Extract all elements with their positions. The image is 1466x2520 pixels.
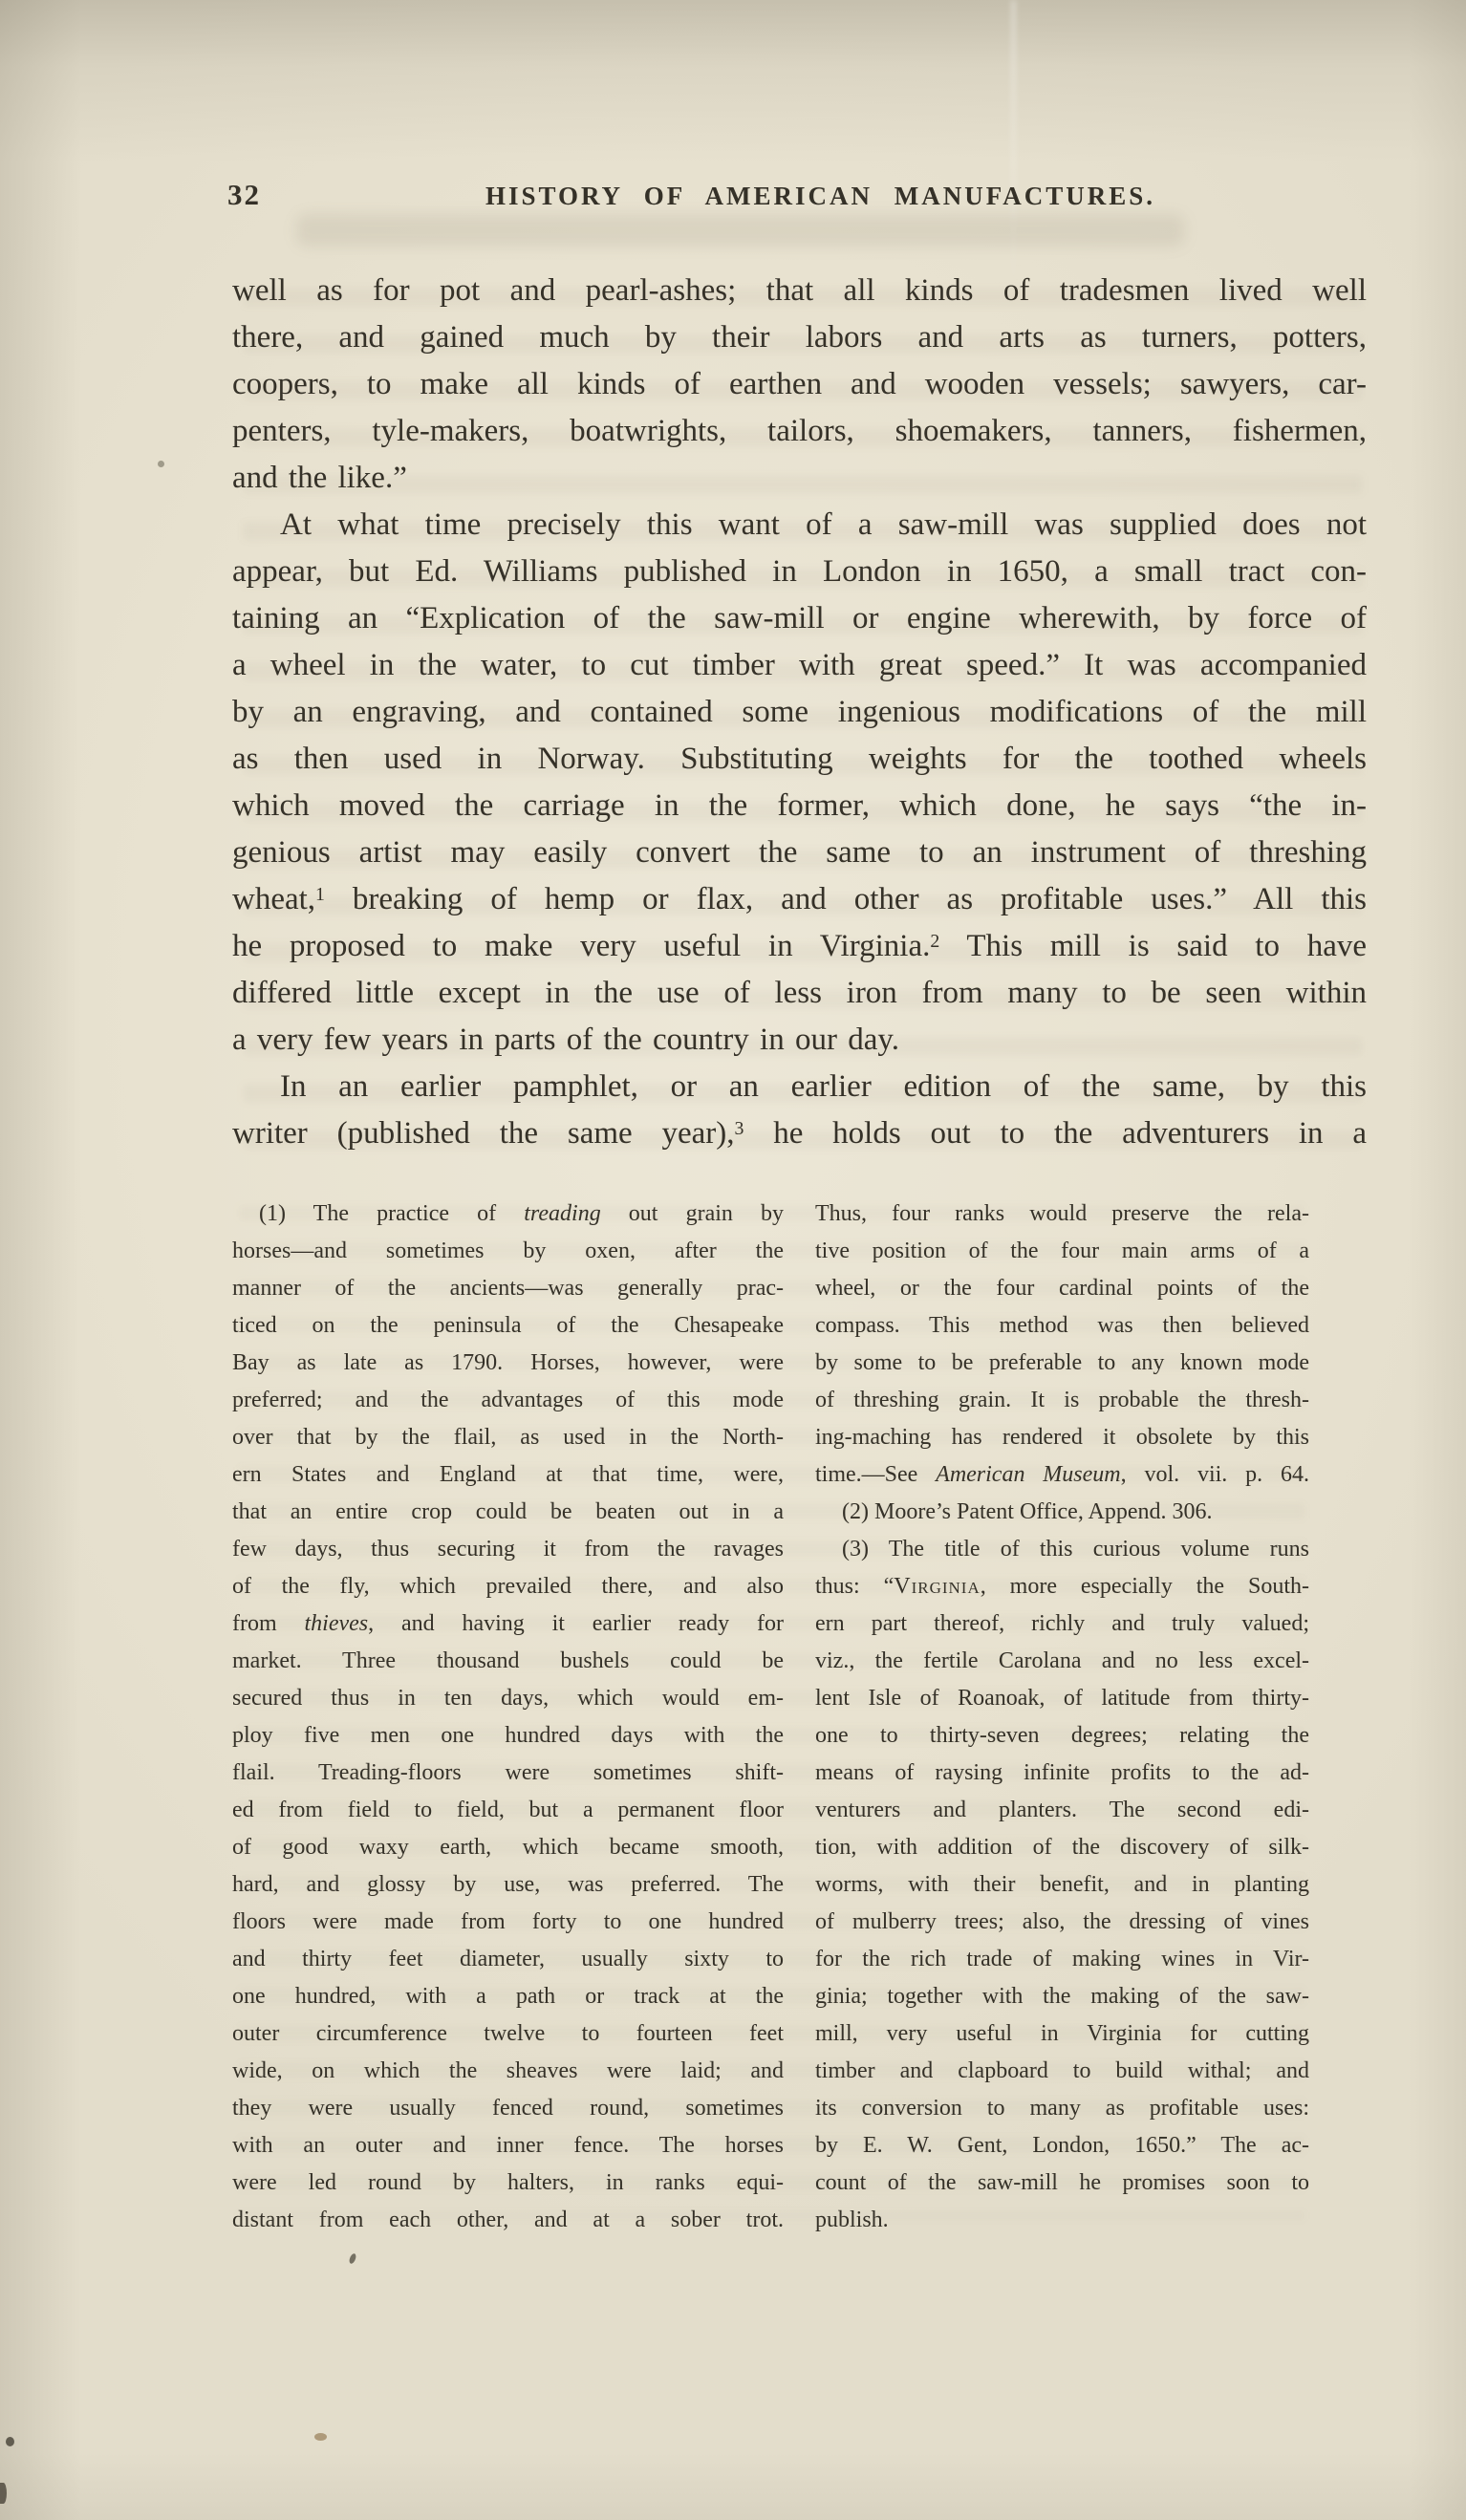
text-line: and thirty feet diameter, usually sixty … <box>232 1941 784 1978</box>
text-line: thus: “Virginia, more especially the Sou… <box>815 1568 1309 1605</box>
text-line: ern part thereof, richly and truly value… <box>815 1605 1309 1643</box>
text-line: floors were made from forty to one hundr… <box>232 1904 784 1941</box>
text-line: by an engraving, and contained some inge… <box>232 689 1367 736</box>
text-line: viz., the fertile Carolana and no less e… <box>815 1643 1309 1680</box>
text-line: means of raysing infinite profits to the… <box>815 1755 1309 1792</box>
text-line: hard, and glossy by use, was preferred. … <box>232 1866 784 1904</box>
text-line: with an outer and inner fence. The horse… <box>232 2127 784 2165</box>
text-line: compass. This method was then believed <box>815 1307 1309 1345</box>
text-line: secured thus in ten days, which would em… <box>232 1680 784 1717</box>
text-line: appear, but Ed. Williams published in Lo… <box>232 549 1367 595</box>
text-line: differed little except in the use of les… <box>232 970 1367 1017</box>
text-line: as then used in Norway. Substituting wei… <box>232 736 1367 783</box>
text-line: coopers, to make all kinds of earthen an… <box>232 361 1367 408</box>
text-line: wide, on which the sheaves were laid; an… <box>232 2053 784 2090</box>
book-page: 32 HISTORY OF AMERICAN MANUFACTURES. wel… <box>0 0 1466 2520</box>
paper-speck <box>6 2437 14 2446</box>
text-line: penters, tyle-makers, boatwrights, tailo… <box>232 408 1367 455</box>
footnotes-section: (1) The practice of treading out grain b… <box>232 1195 1309 2239</box>
paper-speck <box>0 2483 7 2504</box>
text-line: ginia; together with the making of the s… <box>815 1978 1309 2015</box>
text-line: timber and clapboard to build withal; an… <box>815 2053 1309 2090</box>
text-line: publish. <box>815 2202 1309 2239</box>
text-line: were led round by halters, in ranks equi… <box>232 2165 784 2202</box>
text-line: outer circumference twelve to fourteen f… <box>232 2015 784 2053</box>
text-line: market. Three thousand bushels could be <box>232 1643 784 1680</box>
text-line: In an earlier pamphlet, or an earlier ed… <box>232 1064 1367 1110</box>
main-body-text: well as for pot and pearl-ashes; that al… <box>232 268 1367 1157</box>
footnote-column-left: (1) The practice of treading out grain b… <box>232 1195 784 2239</box>
text-line: (3) The title of this curious volume run… <box>815 1531 1309 1568</box>
text-line: mill, very useful in Virginia for cuttin… <box>815 2015 1309 2053</box>
text-line: wheat,1 breaking of hemp or flax, and ot… <box>232 876 1367 923</box>
text-line: one to thirty-seven degrees; relating th… <box>815 1717 1309 1755</box>
paper-speck <box>314 2433 327 2441</box>
text-line: lent Isle of Roanoak, of latitude from t… <box>815 1680 1309 1717</box>
text-line: that an entire crop could be beaten out … <box>232 1494 784 1531</box>
text-line: of good waxy earth, which became smooth, <box>232 1829 784 1866</box>
text-line: taining an “Explication of the saw-mill … <box>232 595 1367 642</box>
text-line: and the like.” <box>232 455 1367 502</box>
text-line: from thieves, and having it earlier read… <box>232 1605 784 1643</box>
text-line: time.—See American Museum, vol. vii. p. … <box>815 1456 1309 1494</box>
text-line: tion, with addition of the discovery of … <box>815 1829 1309 1866</box>
text-line: flail. Treading-floors were sometimes sh… <box>232 1755 784 1792</box>
ink-showthrough <box>296 214 1185 247</box>
paper-crease <box>1011 0 1016 306</box>
text-line: a wheel in the water, to cut timber with… <box>232 642 1367 689</box>
text-line: distant from each other, and at a sober … <box>232 2202 784 2239</box>
text-line: ploy five men one hundred days with the <box>232 1717 784 1755</box>
text-line: ing-maching has rendered it obsolete by … <box>815 1419 1309 1456</box>
text-line: genious artist may easily convert the sa… <box>232 829 1367 876</box>
text-line: of the fly, which prevailed there, and a… <box>232 1568 784 1605</box>
text-line: count of the saw-mill he promises soon t… <box>815 2165 1309 2202</box>
text-line: preferred; and the advantages of this mo… <box>232 1382 784 1419</box>
text-line: writer (published the same year),3 he ho… <box>232 1110 1367 1157</box>
text-line: venturers and planters. The second edi- <box>815 1792 1309 1829</box>
text-line: by some to be preferable to any known mo… <box>815 1345 1309 1382</box>
text-line: they were usually fenced round, sometime… <box>232 2090 784 2127</box>
paper-speck <box>158 461 164 467</box>
text-line: a very few years in parts of the country… <box>232 1017 1367 1064</box>
text-line: its conversion to many as profitable use… <box>815 2090 1309 2127</box>
text-line: ticed on the peninsula of the Chesapeake <box>232 1307 784 1345</box>
footnote-column-right: Thus, four ranks would preserve the rela… <box>815 1195 1309 2239</box>
text-line: of threshing grain. It is probable the t… <box>815 1382 1309 1419</box>
running-title: HISTORY OF AMERICAN MANUFACTURES. <box>232 182 1367 211</box>
printers-mark <box>349 2252 356 2264</box>
text-line: tive position of the four main arms of a <box>815 1233 1309 1270</box>
text-line: At what time precisely this want of a sa… <box>232 502 1367 549</box>
text-line: there, and gained much by their labors a… <box>232 314 1367 361</box>
text-line: few days, thus securing it from the rava… <box>232 1531 784 1568</box>
text-line: ed from field to field, but a permanent … <box>232 1792 784 1829</box>
text-line: Bay as late as 1790. Horses, however, we… <box>232 1345 784 1382</box>
text-line: which moved the carriage in the former, … <box>232 783 1367 829</box>
text-line: he proposed to make very useful in Virgi… <box>232 923 1367 970</box>
text-line: manner of the ancients—was generally pra… <box>232 1270 784 1307</box>
text-line: for the rich trade of making wines in Vi… <box>815 1941 1309 1978</box>
text-line: one hundred, with a path or track at the <box>232 1978 784 2015</box>
text-line: well as for pot and pearl-ashes; that al… <box>232 268 1367 314</box>
text-line: over that by the flail, as used in the N… <box>232 1419 784 1456</box>
text-line: horses—and sometimes by oxen, after the <box>232 1233 784 1270</box>
text-line: of mulberry trees; also, the dressing of… <box>815 1904 1309 1941</box>
text-line: (1) The practice of treading out grain b… <box>232 1195 784 1233</box>
text-line: wheel, or the four cardinal points of th… <box>815 1270 1309 1307</box>
text-line: (2) Moore’s Patent Office, Append. 306. <box>815 1494 1309 1531</box>
text-line: worms, with their benefit, and in planti… <box>815 1866 1309 1904</box>
text-line: by E. W. Gent, London, 1650.” The ac- <box>815 2127 1309 2165</box>
text-line: ern States and England at that time, wer… <box>232 1456 784 1494</box>
text-line: Thus, four ranks would preserve the rela… <box>815 1195 1309 1233</box>
